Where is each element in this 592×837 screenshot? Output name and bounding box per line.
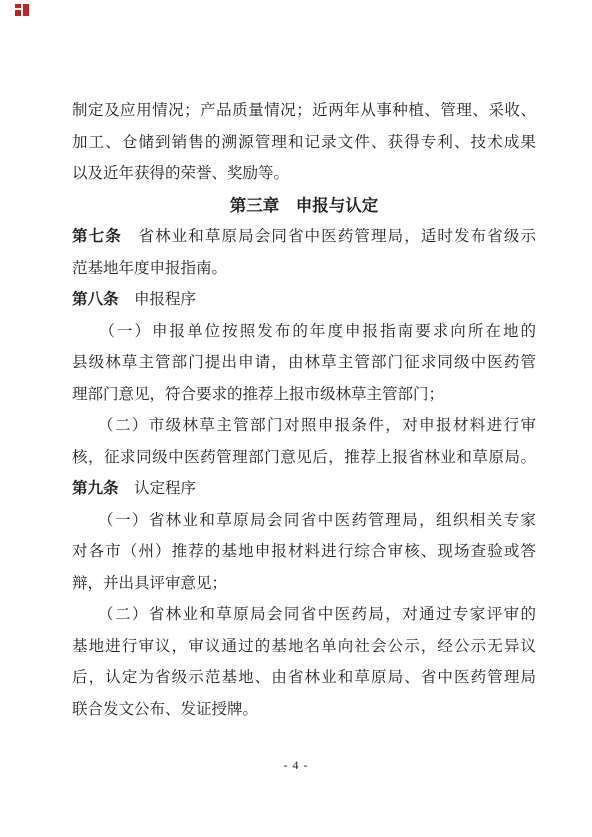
line-text: 范基地年度申报指南。 [72,260,227,277]
text-line: 理部门意见，符合要求的推荐上报市级林草主管部门； [72,379,536,411]
text-line: 联合发文公布、发证授牌。 [72,694,536,726]
article-number: 第九条 [72,480,119,497]
text-line: 对各市（州）推荐的基地申报材料进行综合审核、现场查验或答 [72,536,536,568]
line-text: 辩，并出具评审意见； [72,575,227,592]
line-text: （一）省林业和草原局会同省中医药管理局，组织相关专家 [72,512,536,529]
text-line: （二）市级林草主管部门对照申报条件，对申报材料进行审 [72,410,536,442]
text-line: 县级林草主管部门提出申请，由林草主管部门征求同级中医药管 [72,347,536,379]
text-line: 制定及应用情况；产品质量情况；近两年从事种植、管理、采收、 [72,95,536,127]
text-line: 基地进行审议，审议通过的基地名单向社会公示，经公示无异议 [72,631,536,663]
line-text: 后，认定为省级示范基地、由省林业和草原局、省中医药管理局 [72,669,536,686]
line-text: 加工、仓储到销售的溯源管理和记录文件、获得专利、技术成果 [72,134,536,151]
text-line: 第八条 申报程序 [72,284,536,316]
line-text: 省林业和草原局会同省中医药管理局，适时发布省级示 [122,228,536,245]
text-line: （二）省林业和草原局会同省中医药局，对通过专家评审的 [72,599,536,631]
line-text: 申报程序 [119,291,197,308]
line-text: 县级林草主管部门提出申请，由林草主管部门征求同级中医药管 [72,354,536,371]
red-stamp-mark [14,3,30,17]
article-number: 第七条 [72,228,122,245]
line-text: （一）申报单位按照发布的年度申报指南要求向所在地的 [72,323,536,340]
text-line: 加工、仓储到销售的溯源管理和记录文件、获得专利、技术成果 [72,127,536,159]
line-text: 理部门意见，符合要求的推荐上报市级林草主管部门； [72,386,444,403]
line-text: 认定程序 [119,480,197,497]
line-text: 基地进行审议，审议通过的基地名单向社会公示，经公示无异议 [72,638,536,655]
line-text: 第三章 申报与认定 [230,196,379,215]
text-line: 第七条 省林业和草原局会同省中医药管理局，适时发布省级示 [72,221,536,253]
text-line: （一）省林业和草原局会同省中医药管理局，组织相关专家 [72,505,536,537]
text-line: 辩，并出具评审意见； [72,568,536,600]
document-body: 制定及应用情况；产品质量情况；近两年从事种植、管理、采收、加工、仓储到销售的溯源… [0,95,592,725]
text-line: 范基地年度申报指南。 [72,253,536,285]
line-text: 对各市（州）推荐的基地申报材料进行综合审核、现场查验或答 [72,543,536,560]
text-line: 第九条 认定程序 [72,473,536,505]
document-page: { "page": { "background_color": "#ffffff… [0,0,592,837]
text-line: 以及近年获得的荣誉、奖励等。 [72,158,536,190]
line-text: 核，征求同级中医药管理部门意见后，推荐上报省林业和草原局。 [72,449,536,466]
line-text: 以及近年获得的荣誉、奖励等。 [72,165,289,182]
text-line: 核，征求同级中医药管理部门意见后，推荐上报省林业和草原局。 [72,442,536,474]
chapter-heading: 第三章 申报与认定 [72,190,536,222]
article-number: 第八条 [72,291,119,308]
line-text: 联合发文公布、发证授牌。 [72,701,258,718]
line-text: 制定及应用情况；产品质量情况；近两年从事种植、管理、采收、 [72,102,536,119]
text-line: （一）申报单位按照发布的年度申报指南要求向所在地的 [72,316,536,348]
line-text: （二）省林业和草原局会同省中医药局，对通过专家评审的 [72,606,536,623]
page-number: - 4 - [0,758,592,773]
line-text: （二）市级林草主管部门对照申报条件，对申报材料进行审 [72,417,536,434]
text-line: 后，认定为省级示范基地、由省林业和草原局、省中医药管理局 [72,662,536,694]
